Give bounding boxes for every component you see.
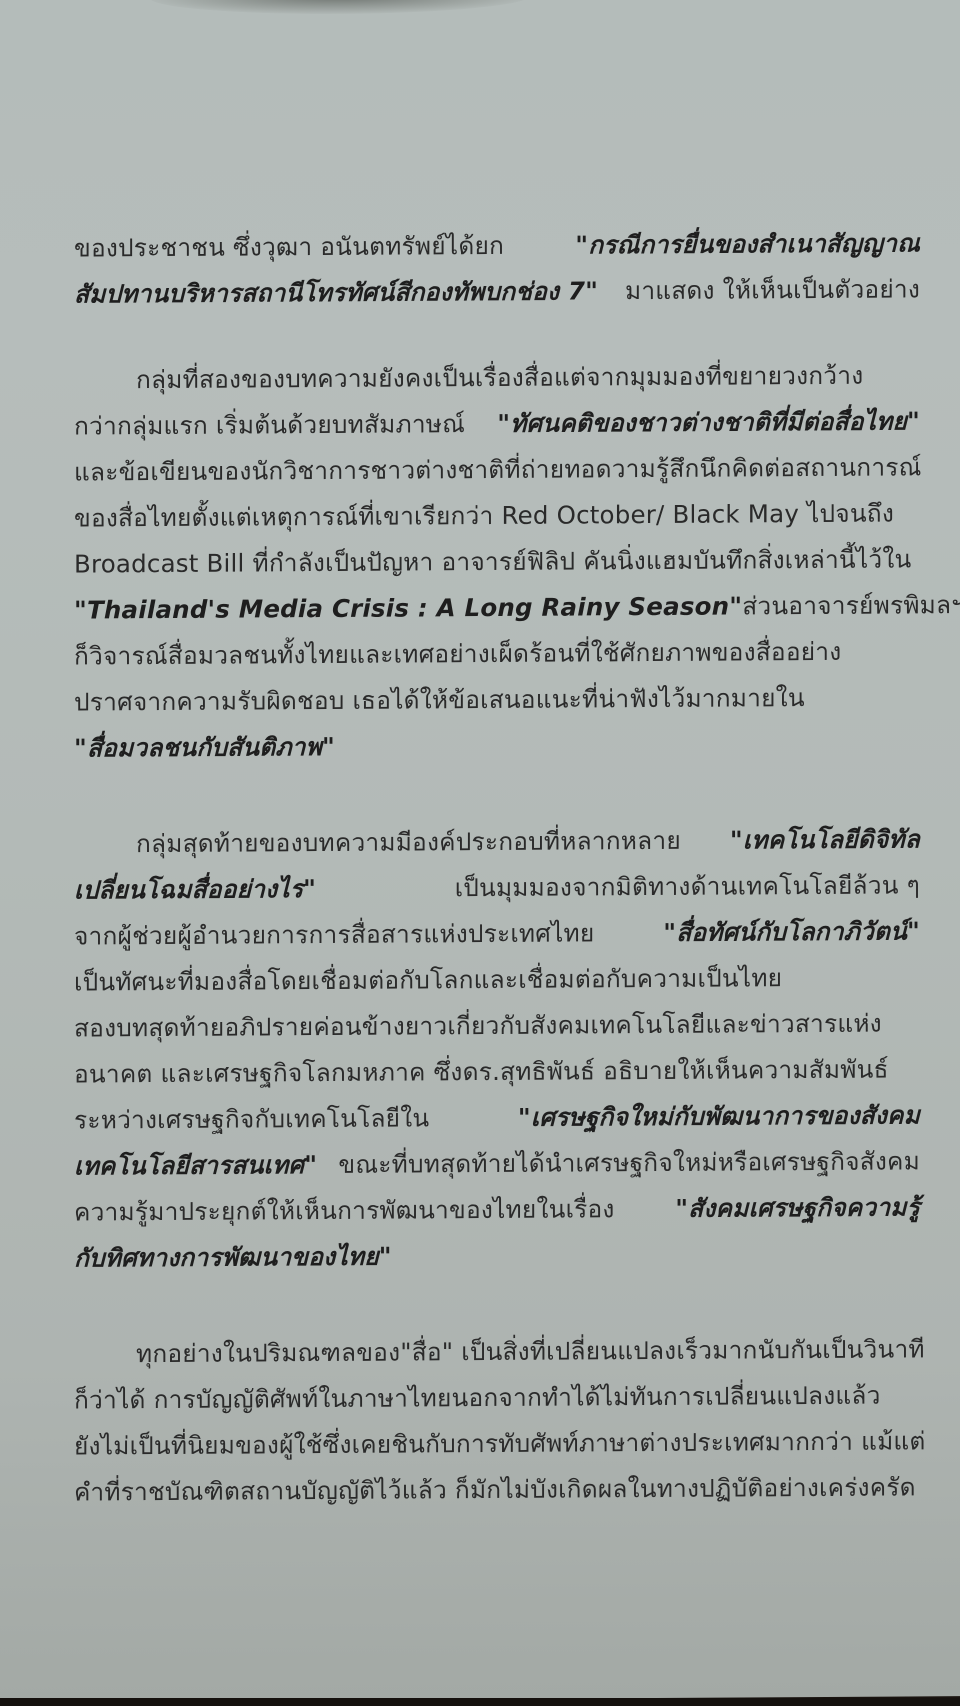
text-segment: มาแสดง ให้เห็นเป็นตัวอย่าง (625, 266, 920, 314)
text-segment: ทุกอย่างในปริมณฑลของ"สื่อ" เป็นสิ่งที่เป… (136, 1326, 925, 1377)
finger-shadow (150, 0, 530, 15)
text-line: ทุกอย่างในปริมณฑลของ"สื่อ" เป็นสิ่งที่เป… (74, 1326, 920, 1377)
text-segment: ระหว่างเศรษฐกิจกับเทคโนโลยีใน (74, 1095, 429, 1143)
quoted-title: "เศรษฐกิจใหม่กับพัฒนาการของสังคม (518, 1092, 920, 1140)
text-segment: ความรู้มาประยุกต์ให้เห็นการพัฒนาของไทยใน… (74, 1186, 615, 1235)
quoted-title: "สื่อทัศน์กับโลกาภิวัตน์" (663, 908, 920, 956)
quoted-title: สัมปทานบริหารสถานีโทรทัศน์สีกองทัพบกช่อง… (74, 268, 598, 317)
text-segment: ยังไม่เป็นที่นิยมของผู้ใช้ซึ่งเคยชินกับก… (74, 1418, 926, 1469)
text-segment: Broadcast Bill ที่กำลังเป็นปัญหา อาจารย์… (74, 536, 911, 587)
paragraph-3: กลุ่มสุดท้ายของบทความมีองค์ประกอบที่หลาก… (74, 816, 920, 1281)
text-segment: กลุ่มสุดท้ายของบทความมีองค์ประกอบที่หลาก… (136, 818, 681, 867)
text-line: ของประชาชน ซึ่งวุฒา อนันตทรัพย์ได้ยก "กร… (74, 220, 920, 271)
text-segment: กว่ากลุ่มแรก เริ่มต้นด้วยบทสัมภาษณ์ (74, 401, 465, 449)
text-line: ปราศจากความรับผิดชอบ เธอได้ให้ข้อเสนอแนะ… (74, 674, 920, 725)
quoted-title: เปลี่ยนโฉมสื่ออย่างไร" (74, 866, 316, 913)
text-segment: อนาคต และเศรษฐกิจโลกมหภาค ซึ่งดร.สุทธิพั… (74, 1047, 889, 1098)
text-line: อนาคต และเศรษฐกิจโลกมหภาค ซึ่งดร.สุทธิพั… (74, 1046, 920, 1097)
text-line: ความรู้มาประยุกต์ให้เห็นการพัฒนาของไทยใน… (74, 1184, 920, 1235)
quoted-title: กับทิศทางการพัฒนาของไทย" (74, 1234, 392, 1282)
text-line: ของสื่อไทยตั้งแต่เหตุการณ์ที่เขาเรียกว่า… (74, 490, 920, 541)
quoted-title: "กรณีการยื่นของสำเนาสัญญาณ (575, 220, 920, 268)
text-line: ระหว่างเศรษฐกิจกับเทคโนโลยีใน "เศรษฐกิจใ… (74, 1092, 920, 1143)
text-segment: ของสื่อไทยตั้งแต่เหตุการณ์ที่เขาเรียกว่า… (74, 491, 894, 542)
table-surface (0, 1698, 960, 1706)
paragraph-4: ทุกอย่างในปริมณฑลของ"สื่อ" เป็นสิ่งที่เป… (74, 1326, 920, 1515)
text-line: กลุ่มที่สองของบทความยังคงเป็นเรื่องสื่อแ… (74, 352, 920, 403)
text-line: กับทิศทางการพัฒนาของไทย" (74, 1230, 920, 1281)
quoted-title: "ทัศนคติของชาวต่างชาติที่มีต่อสื่อไทย" (497, 398, 920, 447)
text-segment: เป็นมุมมองจากมิติทางด้านเทคโนโลยีล้วน ๆ (455, 862, 920, 911)
book-page: ของประชาชน ซึ่งวุฒา อนันตทรัพย์ได้ยก "กร… (0, 0, 960, 1702)
text-segment: ก็วิจารณ์สื่อมวลชนทั้งไทยและเทศอย่างเผ็ด… (74, 629, 841, 680)
text-segment: ส่วนอาจารย์พรพิมลฯ (742, 582, 960, 629)
paragraph-gap (74, 1276, 920, 1331)
text-line: ก็วิจารณ์สื่อมวลชนทั้งไทยและเทศอย่างเผ็ด… (74, 628, 920, 679)
text-line: จากผู้ช่วยผู้อำนวยการการสื่อสารแห่งประเท… (74, 908, 920, 959)
text-segment: คำที่ราชบัณฑิตสถานบัญญัติไว้แล้ว ก็มักไม… (74, 1464, 916, 1515)
text-line: ก็ว่าได้ การบัญญัติศัพท์ในภาษาไทยนอกจากท… (74, 1372, 920, 1423)
text-line: กลุ่มสุดท้ายของบทความมีองค์ประกอบที่หลาก… (74, 816, 920, 867)
text-segment: ของประชาชน ซึ่งวุฒา อนันตทรัพย์ได้ยก (74, 223, 504, 272)
text-segment: สองบทสุดท้ายอภิปรายค่อนข้างยาวเกี่ยวกับส… (74, 1001, 882, 1052)
text-line: สองบทสุดท้ายอภิปรายค่อนข้างยาวเกี่ยวกับส… (74, 1000, 920, 1051)
quoted-title: "สื่อมวลชนกับสันติภาพ" (74, 724, 335, 772)
text-line: สัมปทานบริหารสถานีโทรทัศน์สีกองทัพบกช่อง… (74, 266, 920, 317)
text-line: ยังไม่เป็นที่นิยมของผู้ใช้ซึ่งเคยชินกับก… (74, 1418, 920, 1469)
text-line: คำที่ราชบัณฑิตสถานบัญญัติไว้แล้ว ก็มักไม… (74, 1464, 920, 1515)
text-line: "สื่อมวลชนกับสันติภาพ" (74, 720, 920, 771)
text-line: และข้อเขียนของนักวิชาการชาวต่างชาติที่ถ่… (74, 444, 920, 495)
text-segment: ขณะที่บทสุดท้ายได้นำเศรษฐกิจใหม่หรือเศรษ… (338, 1138, 920, 1188)
text-segment: เป็นทัศนะที่มองสื่อโดยเชื่อมต่อกับโลกและ… (74, 955, 782, 1005)
text-line: กว่ากลุ่มแรก เริ่มต้นด้วยบทสัมภาษณ์ "ทัศ… (74, 398, 920, 449)
text-line: เปลี่ยนโฉมสื่ออย่างไร" เป็นมุมมองจากมิติ… (74, 862, 920, 913)
paragraph-gap (74, 312, 920, 357)
paragraph-gap (74, 766, 920, 821)
quoted-title: "Thailand's Media Crisis : A Long Rainy … (74, 583, 742, 633)
text-line: Broadcast Bill ที่กำลังเป็นปัญหา อาจารย์… (74, 536, 920, 587)
text-line: "Thailand's Media Crisis : A Long Rainy … (74, 582, 920, 633)
text-line: เทคโนโลยีสารสนเทศ" ขณะที่บทสุดท้ายได้นำเ… (74, 1138, 920, 1189)
quoted-title: "สังคมเศรษฐกิจความรู้ (675, 1184, 920, 1231)
paragraph-1: ของประชาชน ซึ่งวุฒา อนันตทรัพย์ได้ยก "กร… (74, 220, 920, 317)
quoted-title: เทคโนโลยีสารสนเทศ" (74, 1142, 317, 1189)
body-text: ของประชาชน ซึ่งวุฒา อนันตทรัพย์ได้ยก "กร… (74, 220, 920, 1515)
text-segment: จากผู้ช่วยผู้อำนวยการการสื่อสารแห่งประเท… (74, 910, 594, 959)
text-segment: และข้อเขียนของนักวิชาการชาวต่างชาติที่ถ่… (74, 444, 922, 495)
text-segment: กลุ่มที่สองของบทความยังคงเป็นเรื่องสื่อแ… (136, 353, 863, 403)
quoted-title: "เทคโนโลยีดิจิทัล (730, 816, 920, 863)
paragraph-2: กลุ่มที่สองของบทความยังคงเป็นเรื่องสื่อแ… (74, 352, 920, 771)
text-segment: ปราศจากความรับผิดชอบ เธอได้ให้ข้อเสนอแนะ… (74, 675, 805, 725)
text-line: เป็นทัศนะที่มองสื่อโดยเชื่อมต่อกับโลกและ… (74, 954, 920, 1005)
text-segment: ก็ว่าได้ การบัญญัติศัพท์ในภาษาไทยนอกจากท… (74, 1373, 881, 1424)
